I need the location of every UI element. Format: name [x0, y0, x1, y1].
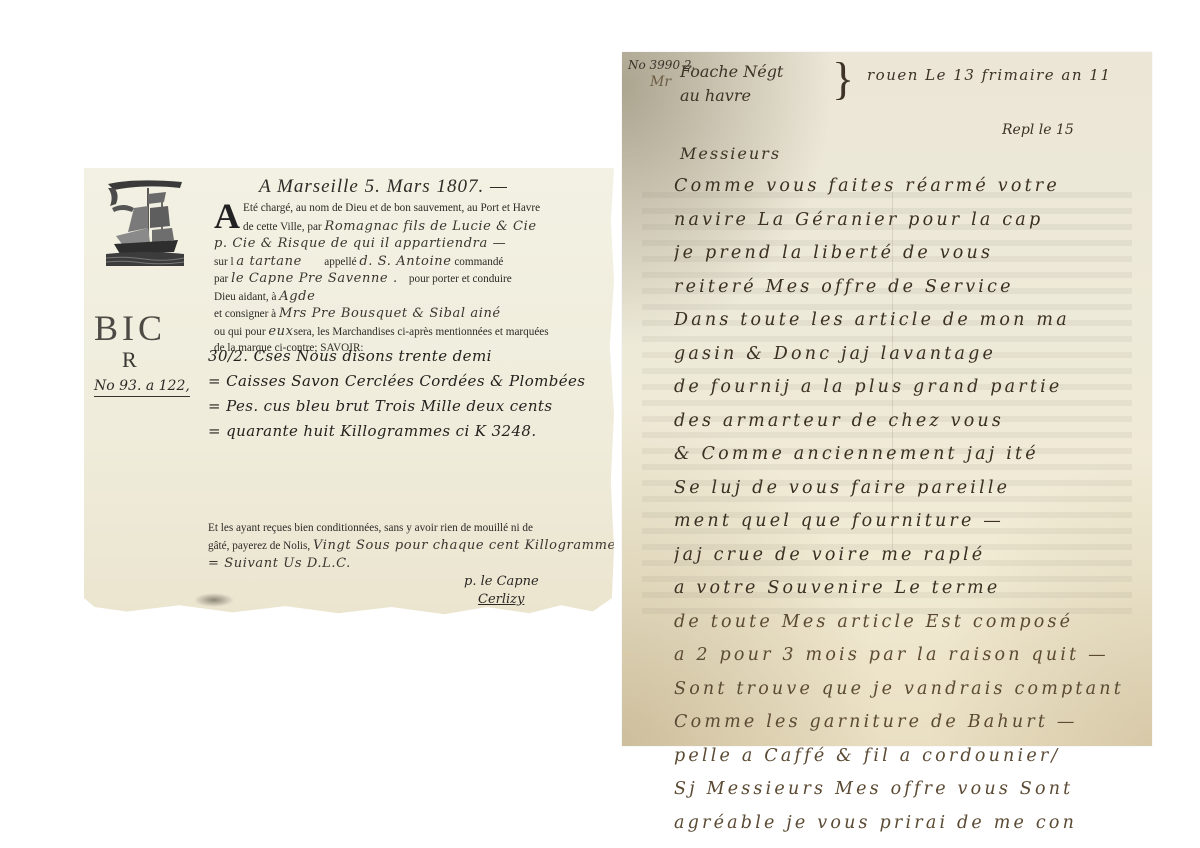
salutation: Messieurs: [680, 144, 781, 163]
terms-line-1: Et les ayant reçues bien conditionnées, …: [208, 520, 608, 537]
printed-opening-block: A Eté chargé, au nom de Dieu et de bon s…: [214, 200, 599, 358]
archive-reference-sub: Mr: [650, 74, 671, 90]
printed-line-8: ou qui pour euxsera, les Marchandises ci…: [214, 323, 599, 341]
shipper-field: Romagnac fils de Lucie & Cie: [324, 219, 536, 234]
shipper-line2-field: p. Cie & Risque de qui il appartiendra —: [214, 236, 506, 251]
letter-line: je prend la liberté de vous: [674, 237, 1144, 271]
goods-description: 30/2. Cses Nous disons trente demi = Cai…: [208, 344, 608, 444]
freight-rate-field: Vingt Sous pour chaque cent Killogrammes: [313, 538, 623, 553]
letter-line: Sj Messieurs Mes offre vous Sont: [674, 773, 1144, 807]
printed-line-3: p. Cie & Risque de qui il appartiendra —: [214, 235, 599, 253]
letter-line: gasin & Donc jaj lavantage: [674, 338, 1144, 372]
captain-signature: p. le Capne Cerlizy: [464, 573, 539, 609]
terms-line-3: = Suivant Us D.L.C.: [208, 555, 608, 572]
goods-line: = quarante huit Killogrammes ci K 3248.: [208, 419, 608, 444]
mark-numbers: No 93. a 122,: [94, 378, 190, 397]
letter-line: ment quel que fourniture —: [674, 505, 1144, 539]
letter-line: a 2 pour 3 mois par la raison quit —: [674, 639, 1144, 673]
handwritten-letter: No 3990 2. Mr Foache Négt au havre } rou…: [622, 52, 1152, 746]
letter-line: reiteré Mes offre de Service: [674, 271, 1144, 305]
address-brace: }: [832, 56, 854, 102]
letter-line: agréable je vous prirai de me con: [674, 807, 1144, 841]
vessel-type-field: a tartane: [236, 254, 302, 269]
bill-of-lading-document: A Marseille 5. Mars 1807. — A Eté chargé…: [84, 168, 614, 616]
mark-letters: BIC: [94, 308, 204, 348]
letter-line: Sont trouve que je vandrais comptant: [674, 673, 1144, 707]
ink-stain: [194, 593, 234, 607]
printed-line-4: sur l a tartane appellé d. S. Antoine co…: [214, 253, 599, 271]
letter-line: jaj crue de voire me raplé: [674, 539, 1144, 573]
bill-date-line: A Marseille 5. Mars 1807. —: [259, 176, 508, 198]
printed-line-1: Eté chargé, au nom de Dieu et de bon sau…: [214, 200, 599, 218]
printed-line-6: Dieu aidant, à Agde: [214, 288, 599, 306]
letter-line: a votre Souvenire Le terme: [674, 572, 1144, 606]
letter-line: Comme vous faites réarmé votre: [674, 170, 1144, 204]
pour-qui-field: eux: [268, 324, 293, 339]
printed-line-7: et consigner à Mrs Pre Bousquet & Sibal …: [214, 305, 599, 323]
freight-terms: Et les ayant reçues bien conditionnées, …: [208, 520, 608, 572]
goods-line: = Caisses Savon Cerclées Cordées & Plomb…: [208, 369, 608, 394]
sailing-ship-engraving-icon: [104, 178, 186, 268]
letter-body: Comme vous faites réarmé votre navire La…: [674, 170, 1144, 840]
terms-line-2: gâté, payerez de Nolis, Vingt Sous pour …: [208, 537, 608, 555]
captain-field: le Capne Pre Savenne .: [231, 271, 398, 286]
consignee-field: Mrs Pre Bousquet & Sibal ainé: [279, 306, 501, 321]
letter-line: des armarteur de chez vous: [674, 405, 1144, 439]
recipient-address: Foache Négt au havre: [680, 60, 783, 108]
letter-line: de fournij a la plus grand partie: [674, 371, 1144, 405]
mark-monogram: R: [122, 348, 204, 372]
printed-line-5: par le Capne Pre Savenne . pour porter e…: [214, 270, 599, 288]
cargo-marks: BIC R No 93. a 122,: [94, 308, 204, 397]
letter-line: Se luj de vous faire pareille: [674, 472, 1144, 506]
reply-annotation: Repl le 15: [1002, 122, 1074, 138]
goods-line: 30/2. Cses Nous disons trente demi: [208, 344, 608, 369]
letter-line: & Comme anciennement jaj ité: [674, 438, 1144, 472]
goods-line: = Pes. cus bleu brut Trois Mille deux ce…: [208, 394, 608, 419]
printed-line-2: de cette Ville, par Romagnac fils de Luc…: [214, 218, 599, 236]
destination-field: Agde: [279, 289, 315, 304]
letter-line: Dans toute les article de mon ma: [674, 304, 1144, 338]
letter-date-line: rouen Le 13 frimaire an 11: [867, 66, 1111, 84]
letter-line: navire La Géranier pour la cap: [674, 204, 1144, 238]
vessel-name-field: d. S. Antoine: [359, 254, 451, 269]
letter-line: pelle a Caffé & fil a cordounier/: [674, 740, 1144, 774]
letter-line: Comme les garniture de Bahurt —: [674, 706, 1144, 740]
letter-line: de toute Mes article Est composé: [674, 606, 1144, 640]
